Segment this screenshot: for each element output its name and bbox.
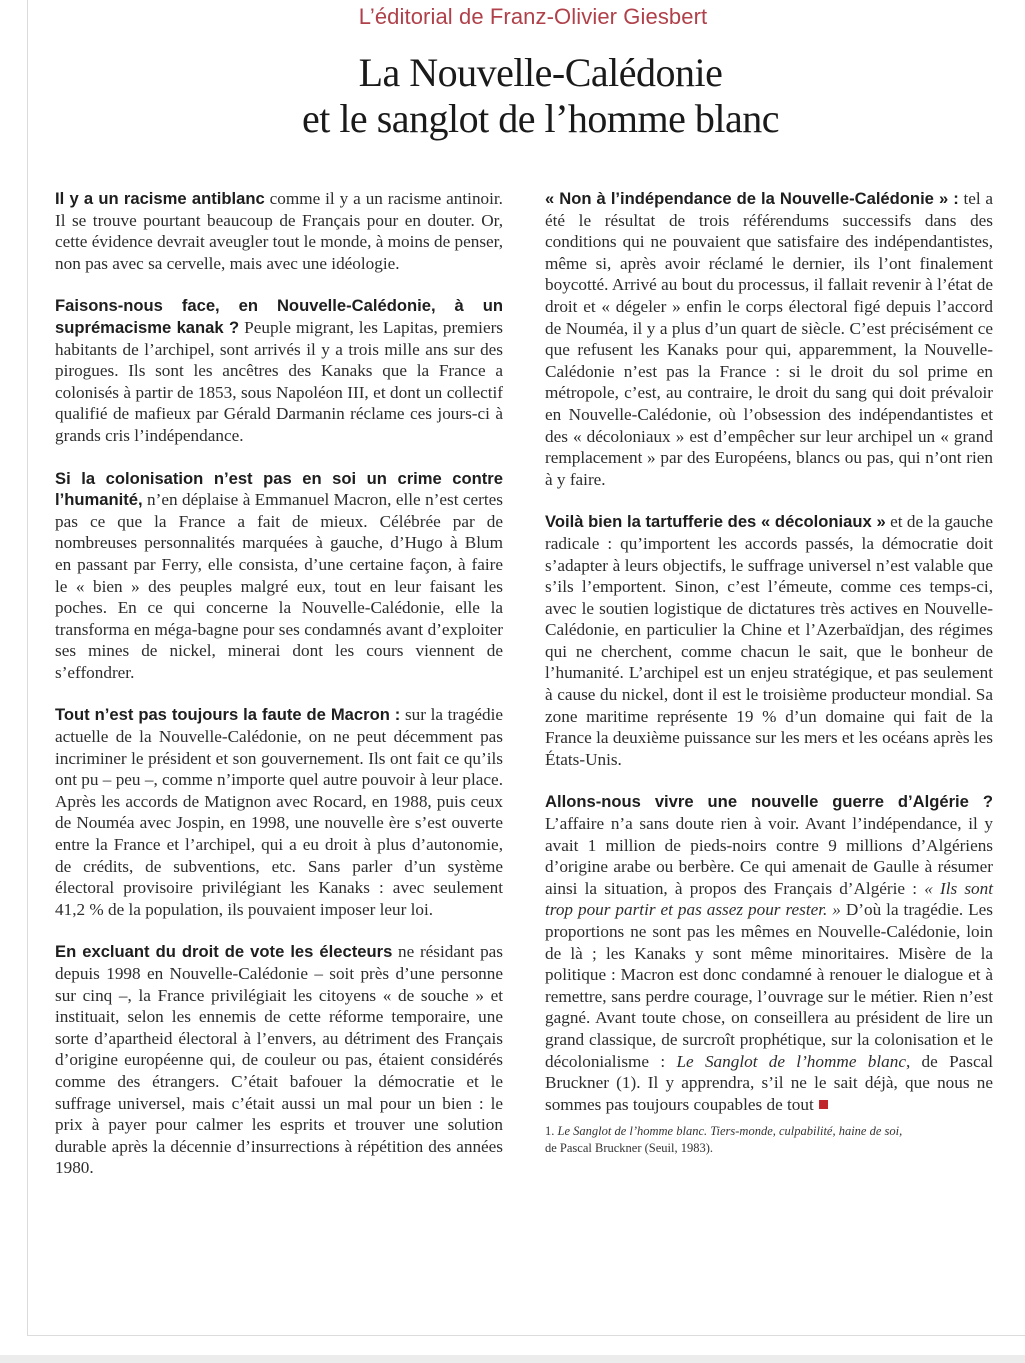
footnote: 1. Le Sanglot de l’homme blanc. Tiers-mo… <box>545 1123 993 1157</box>
footnote-publisher: de Pascal Bruckner (Seuil, 1983). <box>545 1141 713 1155</box>
paragraph-body: n’en déplaise à Emmanuel Macron, elle n’… <box>55 490 503 682</box>
paragraph-6: « Non à l’indépendance de la Nouvelle-Ca… <box>545 188 993 490</box>
paragraph-2: Faisons-nous face, en Nouvelle-Calédonie… <box>55 295 503 446</box>
headline-line-1: La Nouvelle-Calédonie <box>28 50 1025 96</box>
paragraph-7: Voilà bien la tartufferie des « décoloni… <box>545 511 993 770</box>
paragraph-body: ne résidant pas depuis 1998 en Nouvelle-… <box>55 942 503 1177</box>
paragraph-lead: Voilà bien la tartufferie des « décoloni… <box>545 512 886 531</box>
paragraph-body: et de la gauche radicale : qu’importent … <box>545 512 993 769</box>
paragraph-lead: En excluant du droit de vote les électeu… <box>55 942 392 961</box>
paragraph-lead: Il y a un racisme antiblanc <box>55 189 265 208</box>
paragraph-lead: « Non à l’indépendance de la Nouvelle-Ca… <box>545 189 959 208</box>
paragraph-lead: Tout n’est pas toujours la faute de Macr… <box>55 705 400 724</box>
paragraph-1: Il y a un racisme antiblanc comme il y a… <box>55 188 503 274</box>
editorial-kicker: L’éditorial de Franz-Olivier Giesbert <box>28 4 1025 30</box>
red-square-end-of-article-icon <box>819 1100 828 1109</box>
book-title: Le Sanglot de l’homme blanc <box>676 1052 906 1071</box>
paragraph-4: Tout n’est pas toujours la faute de Macr… <box>55 704 503 920</box>
paragraph-8: Allons-nous vivre une nouvelle guerre d’… <box>545 791 993 1115</box>
paragraph-body: tel a été le résultat de trois référendu… <box>545 189 993 489</box>
footnote-number: 1. <box>545 1124 558 1138</box>
left-column: Il y a un racisme antiblanc comme il y a… <box>55 188 503 1200</box>
paragraph-body-continued: D’où la tragédie. Les proportions ne son… <box>545 900 993 1070</box>
paragraph-3: Si la colonisation n’est pas en soi un c… <box>55 468 503 684</box>
bottom-strip <box>0 1355 1025 1363</box>
paragraph-lead: Allons-nous vivre une nouvelle guerre d’… <box>545 792 993 811</box>
paragraph-body: Peuple migrant, les Lapitas, premiers ha… <box>55 318 503 445</box>
paragraph-5: En excluant du droit de vote les électeu… <box>55 941 503 1179</box>
paragraph-body: sur la tragédie actuelle de la Nouvelle-… <box>55 705 503 918</box>
headline-line-2: et le sanglot de l’homme blanc <box>28 96 1025 142</box>
footnote-book-title: Le Sanglot de l’homme blanc. Tiers-monde… <box>558 1124 903 1138</box>
article-headline: La Nouvelle-Calédonie et le sanglot de l… <box>28 50 1025 142</box>
right-column: « Non à l’indépendance de la Nouvelle-Ca… <box>545 188 993 1157</box>
